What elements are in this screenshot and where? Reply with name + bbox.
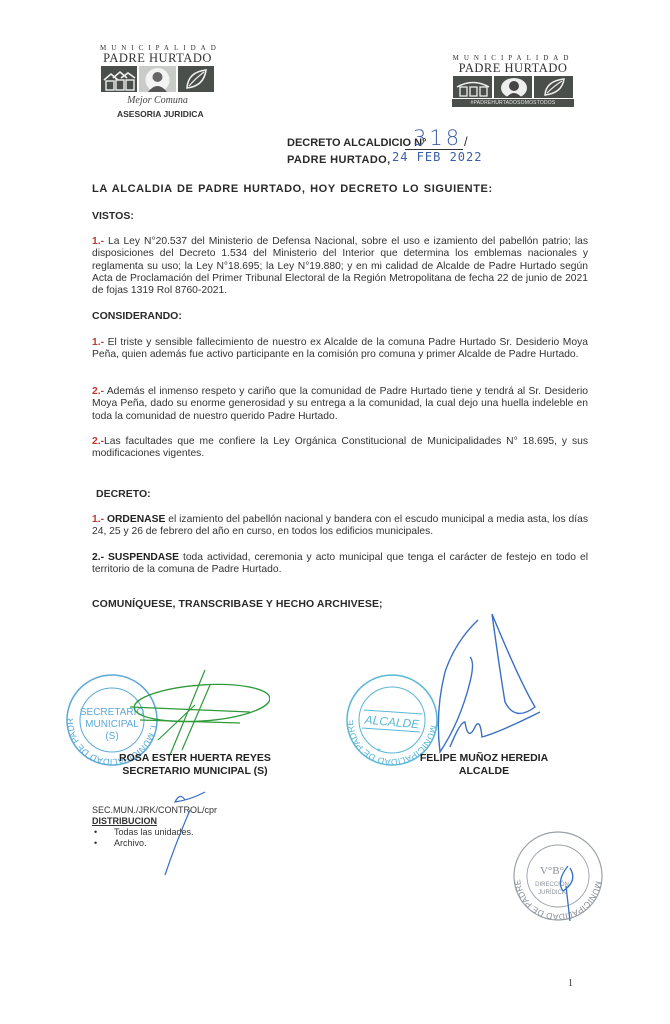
item-text: Además el inmenso respeto y cariño que l…: [92, 386, 588, 422]
municipality-logo-right: MUNICIPALIDAD PADRE HURTADO #PADREHURTAD…: [452, 54, 574, 107]
logo-name: PADRE HURTADO: [100, 52, 215, 64]
secretary-signature-block: ROSA ESTER HUERTA REYES SECRETARIO MUNIC…: [100, 752, 290, 777]
item-number: 1.-: [92, 514, 104, 525]
logo-tiles: [100, 65, 215, 93]
mayor-name: FELIPE MUÑOZ HEREDIA: [404, 752, 564, 765]
svg-text:V°B°: V°B°: [540, 865, 564, 877]
vistos-item-1: 1.- La Ley N°20.537 del Ministerio de De…: [92, 236, 588, 297]
decree-number: 318: [413, 126, 462, 150]
decree-number-label: DECRETO ALCALDICIO N°: [287, 137, 426, 149]
item-number: 2.-: [92, 436, 104, 447]
item-keyword: ORDENASE: [107, 514, 165, 525]
closing-statement: COMUNÍQUESE, TRANSCRIBASE Y HECHO ARCHIV…: [92, 598, 383, 610]
decreto-item-2: 2.- SUSPENDASE toda actividad, ceremonia…: [92, 552, 588, 577]
secretary-name: ROSA ESTER HUERTA REYES: [100, 752, 290, 765]
portrait-icon: [138, 65, 176, 93]
logo-name: PADRE HURTADO: [452, 62, 574, 74]
item-number: 2.-: [92, 552, 104, 563]
section-heading-vistos: VISTOS:: [92, 210, 134, 222]
houses-icon: [452, 75, 493, 99]
logo-tiles: [452, 75, 574, 99]
svg-text:DIRECCIÓN: DIRECCIÓN: [535, 881, 569, 888]
item-text: El triste y sensible fallecimiento de nu…: [92, 337, 588, 360]
houses-icon: [100, 65, 138, 93]
mayor-signature-block: FELIPE MUÑOZ HEREDIA ALCALDE: [404, 752, 564, 777]
svg-text:*: *: [377, 747, 381, 758]
legal-approval-stamp-icon: MUNICIPALIDAD DE PADRE HURTADO V°B° DIRE…: [508, 826, 608, 926]
section-heading-decreto: DECRETO:: [96, 488, 151, 500]
item-text: La Ley N°20.537 del Ministerio de Defens…: [92, 236, 588, 296]
mayor-title: ALCALDE: [404, 765, 564, 778]
item-text: el izamiento del pabellón nacional y ban…: [92, 514, 588, 537]
municipality-logo-left: MUNICIPALIDAD PADRE HURTADO Mejor Comuna: [100, 44, 215, 106]
department-label: ASESORIA JURIDICA: [117, 109, 204, 119]
distribution-heading: DISTRIBUCION: [92, 816, 157, 826]
item-number: 2.-: [92, 386, 104, 397]
initials-signature-icon: [150, 790, 210, 880]
item-keyword: SUSPENDASE: [108, 552, 179, 563]
considerando-item-1: 1.- El triste y sensible fallecimiento d…: [92, 337, 588, 362]
city-label: PADRE HURTADO,: [287, 154, 391, 166]
item-number: 1.-: [92, 337, 104, 348]
logo-hashtag: #PADREHURTADOSOMOSTODOS: [452, 99, 574, 107]
section-heading-considerando: CONSIDERANDO:: [92, 310, 182, 322]
intro-statement: LA ALCALDIA DE PADRE HURTADO, HOY DECRET…: [92, 183, 493, 195]
item-text: Las facultades que me confiere la Ley Or…: [92, 436, 588, 459]
decree-slash: /: [464, 134, 468, 149]
logo-motto: Mejor Comuna: [100, 95, 215, 106]
item-number: 1.-: [92, 236, 104, 247]
portrait-icon: [493, 75, 534, 99]
decreto-item-1: 1.- ORDENASE el izamiento del pabellón n…: [92, 514, 588, 539]
considerando-item-3: 2.-Las facultades que me confiere la Ley…: [92, 436, 588, 461]
mayor-signature-icon: [430, 612, 570, 762]
secretary-title: SECRETARIO MUNICIPAL (S): [100, 765, 290, 778]
leaf-icon: [533, 75, 574, 99]
date-stamp: 24 FEB 2022: [392, 150, 482, 164]
leaf-icon: [177, 65, 215, 93]
secretary-signature-icon: [110, 660, 270, 760]
considerando-item-2: 2.- Además el inmenso respeto y cariño q…: [92, 386, 588, 423]
page-number: 1: [568, 978, 573, 989]
